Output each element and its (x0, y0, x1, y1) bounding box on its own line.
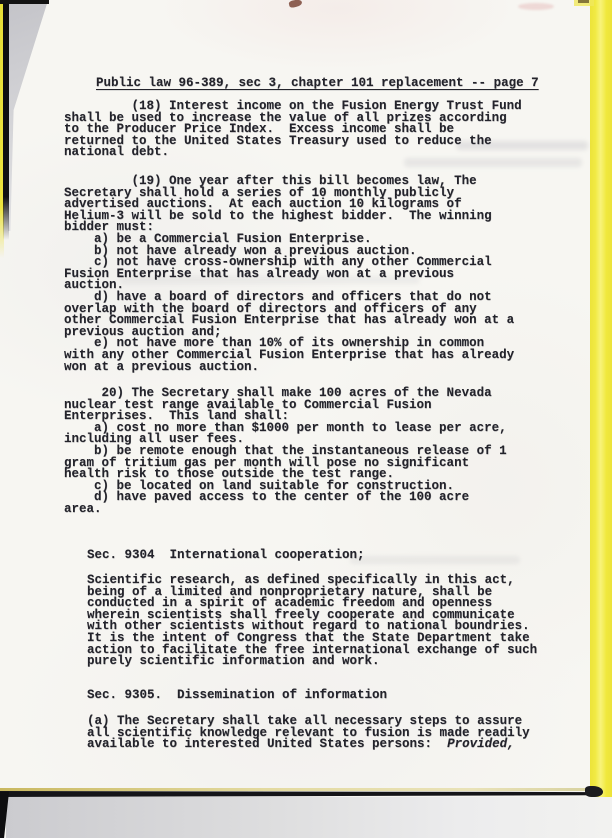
section-9304-body: Scientific research, as defined specific… (87, 575, 537, 668)
scan-right-yellow-strip (590, 0, 612, 838)
scan-ghost-smudge (404, 158, 582, 167)
scan-top-right-speck (578, 0, 589, 3)
scan-bottom-right-mark (585, 786, 603, 797)
paragraph-20: 20) The Secretary shall make 100 acres o… (64, 388, 507, 516)
scan-top-center-smudge (288, 0, 302, 8)
scan-left-black-edge (3, 0, 9, 240)
paragraph-19: (19) One year after this bill becomes la… (64, 176, 514, 373)
section-9305-body: (a) The Secretary shall take all necessa… (87, 716, 530, 751)
scan-corner-shadow (8, 3, 48, 231)
page-title: Public law 96-389, sec 3, chapter 101 re… (96, 78, 539, 90)
proviso-italic-text: Provided, (447, 737, 515, 751)
section-9304-heading: Sec. 9304 International cooperation; (87, 550, 365, 562)
scan-ghost-smudge (350, 556, 520, 564)
scan-bottom-tan-line (0, 788, 590, 791)
paragraph-18: (18) Interest income on the Fusion Energ… (64, 101, 522, 159)
section-9305-heading: Sec. 9305. Dissemination of information (87, 690, 387, 702)
scan-bottom-gray-area (6, 797, 612, 838)
scan-pink-smudge (518, 3, 554, 10)
scanned-document-page: Public law 96-389, sec 3, chapter 101 re… (0, 0, 612, 838)
scan-top-black-edge (0, 0, 49, 4)
